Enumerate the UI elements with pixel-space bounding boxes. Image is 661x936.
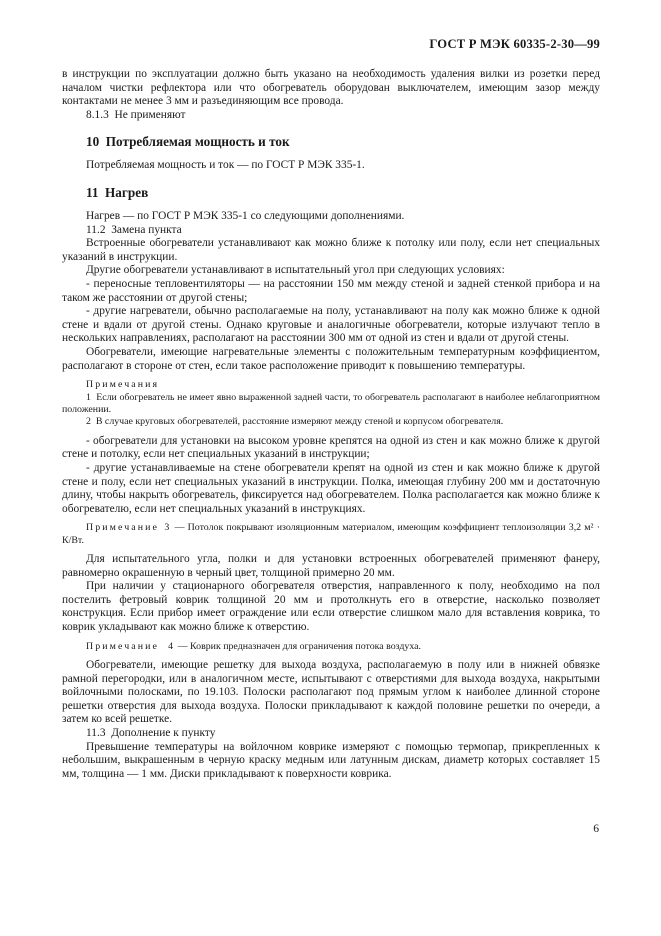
paragraph: Обогреватели, имеющие нагревательные эле… bbox=[62, 346, 600, 373]
paragraph: - другие устанавливаемые на стене обогре… bbox=[62, 462, 600, 516]
paragraph: Превышение температуры на войлочном ковр… bbox=[62, 741, 600, 782]
standard-code-header: ГОСТ Р МЭК 60335-2-30—99 bbox=[62, 37, 600, 52]
intro-paragraph: в инструкции по эксплуатации должно быть… bbox=[62, 68, 600, 109]
note-4-label: Примечание 4 bbox=[86, 641, 175, 652]
document-page: ГОСТ Р МЭК 60335-2-30—99 в инструкции по… bbox=[0, 0, 661, 936]
clause-11-2: 11.2 Замена пункта bbox=[62, 224, 600, 238]
section-10-text: Потребляемая мощность и ток — по ГОСТ Р … bbox=[62, 159, 600, 173]
section-11-title: 11 Нагрев bbox=[62, 185, 600, 201]
note-item: 1 Если обогреватель не имеет явно выраже… bbox=[62, 392, 600, 417]
section-10-title: 10 Потребляемая мощность и ток bbox=[62, 134, 600, 150]
paragraph: Встроенные обогреватели устанавливают ка… bbox=[62, 237, 600, 264]
note-3: Примечание 3 — Потолок покрывают изоляци… bbox=[62, 522, 600, 547]
paragraph: Для испытательного угла, полки и для уст… bbox=[62, 553, 600, 580]
note-4-text: — Коврик предназначен для ограничения по… bbox=[178, 641, 421, 652]
section-11-lead: Нагрев — по ГОСТ Р МЭК 335-1 со следующи… bbox=[62, 210, 600, 224]
note-4: Примечание 4 — Коврик предназначен для о… bbox=[62, 641, 600, 653]
paragraph: - обогреватели для установки на высоком … bbox=[62, 435, 600, 462]
notes-1-2-block: Примечания 1 Если обогреватель не имеет … bbox=[62, 379, 600, 429]
page-content: ГОСТ Р МЭК 60335-2-30—99 в инструкции по… bbox=[0, 0, 661, 781]
note-item: 2 В случае круговых обогревателей, расст… bbox=[62, 416, 600, 428]
paragraph: - переносные тепловентиляторы — на расст… bbox=[62, 278, 600, 305]
clause-11-3: 11.3 Дополнение к пункту bbox=[62, 727, 600, 741]
clause-8-1-3: 8.1.3 Не применяют bbox=[62, 109, 600, 123]
notes-head-label: Примечания bbox=[86, 379, 159, 390]
page-number: 6 bbox=[593, 822, 599, 836]
note-3-label: Примечание 3 bbox=[86, 522, 171, 533]
paragraph: Обогреватели, имеющие решетку для выхода… bbox=[62, 659, 600, 727]
paragraph: При наличии у стационарного обогревателя… bbox=[62, 580, 600, 634]
paragraph: Другие обогреватели устанавливают в испы… bbox=[62, 264, 600, 278]
paragraph: - другие нагреватели, обычно располагаем… bbox=[62, 305, 600, 346]
notes-head: Примечания bbox=[62, 379, 600, 391]
